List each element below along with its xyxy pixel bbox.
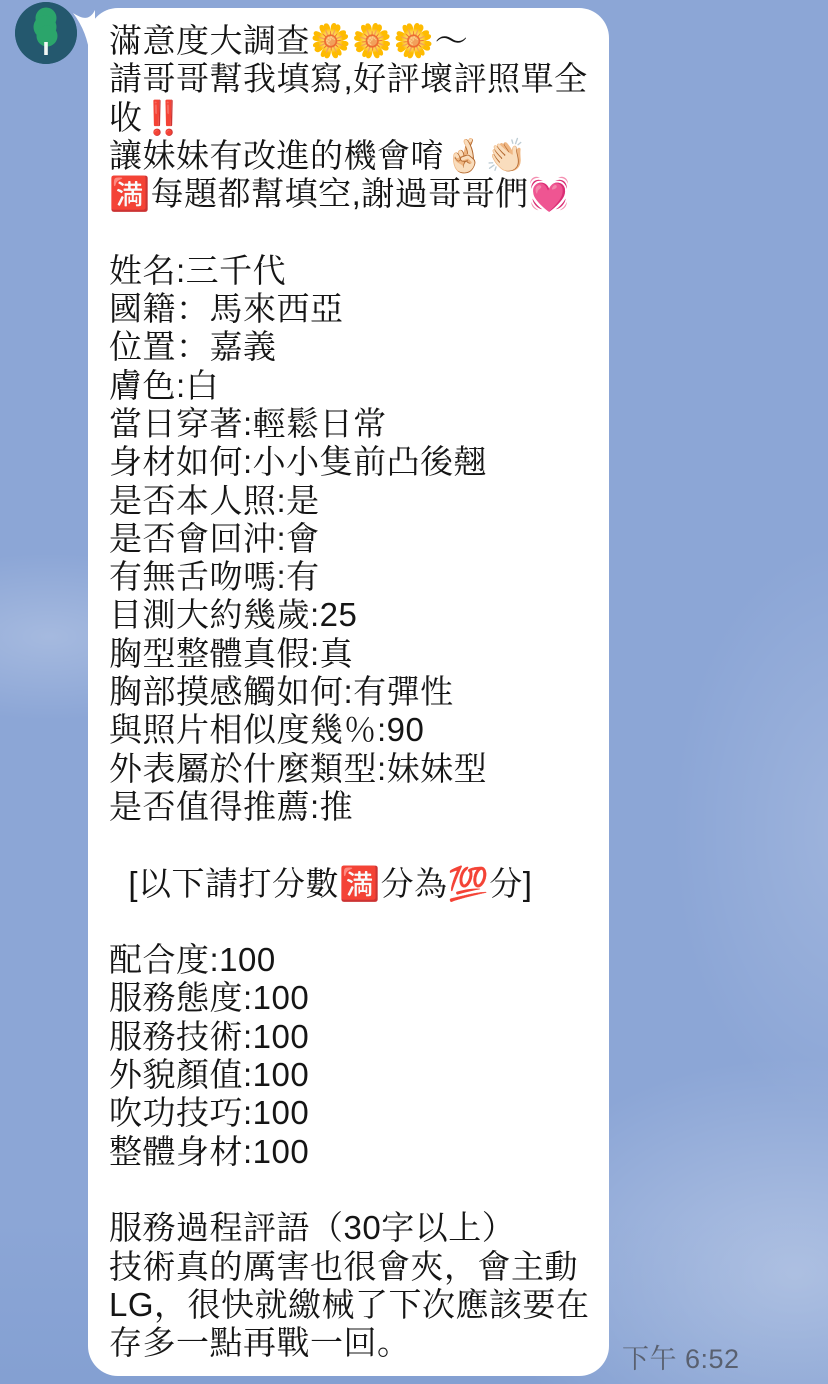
message-line: 當日穿著:輕鬆日常 [109, 405, 591, 443]
message-line: 配合度:100 [109, 941, 591, 979]
message-line: 外表屬於什麼類型:妹妹型 [109, 750, 591, 788]
message-line: 是否值得推薦:推 [109, 788, 591, 826]
message-line: 外貌顏值:100 [109, 1056, 591, 1094]
message-line: 服務過程評語（30字以上） [109, 1209, 591, 1247]
message-text: 滿意度大調查🌼🌼🌼～ 請哥哥幫我填寫,好評壞評照單全 收‼️ 讓妹妹有改進的機會… [109, 22, 591, 1362]
message-line: 整體身材:100 [109, 1133, 591, 1171]
message-line: 姓名:三千代 [109, 252, 591, 290]
message-line: 目測大約幾歲:25 [109, 596, 591, 634]
message-line: 存多一點再戰一回。 [109, 1324, 591, 1362]
message-line: 服務態度:100 [109, 979, 591, 1017]
message-line: 胸型整體真假:真 [109, 635, 591, 673]
message-line [109, 826, 591, 864]
timestamp: 下午 6:52 [622, 1337, 740, 1376]
bubble-tail [73, 10, 95, 56]
message-line: 與照片相似度幾％:90 [109, 711, 591, 749]
green-dango-tree-icon [15, 2, 77, 64]
message-line: 是否本人照:是 [109, 482, 591, 520]
message-line: 讓妹妹有改進的機會唷🤞🏻👏🏻 [109, 137, 591, 175]
message-line: 膚色:白 [109, 367, 591, 405]
message-line: 技術真的厲害也很會夾，會主動 [109, 1248, 591, 1286]
avatar[interactable] [15, 2, 77, 64]
message-line: 滿意度大調查🌼🌼🌼～ [109, 22, 591, 60]
message-line: 國籍：馬來西亞 [109, 290, 591, 328]
message-line: 🈵每題都幫填空,謝過哥哥們💓 [109, 175, 591, 213]
message-line [109, 213, 591, 251]
message-line: 有無舌吻嗎:有 [109, 558, 591, 596]
message-line [109, 903, 591, 941]
message-line: 胸部摸感觸如何:有彈性 [109, 673, 591, 711]
message-line: [以下請打分數🈵分為💯分] [109, 865, 591, 903]
message-line: 收‼️ [109, 99, 591, 137]
message-line [109, 1171, 591, 1209]
message-bubble[interactable]: 滿意度大調查🌼🌼🌼～ 請哥哥幫我填寫,好評壞評照單全 收‼️ 讓妹妹有改進的機會… [88, 8, 609, 1376]
message-line: 位置：嘉義 [109, 328, 591, 366]
message-line: 請哥哥幫我填寫,好評壞評照單全 [109, 60, 591, 98]
message-line: 身材如何:小小隻前凸後翹 [109, 443, 591, 481]
message-line: 是否會回沖:會 [109, 520, 591, 558]
message-line: LG，很快就繳械了下次應該要在 [109, 1286, 591, 1324]
message-line: 服務技術:100 [109, 1018, 591, 1056]
message-line: 吹功技巧:100 [109, 1094, 591, 1132]
